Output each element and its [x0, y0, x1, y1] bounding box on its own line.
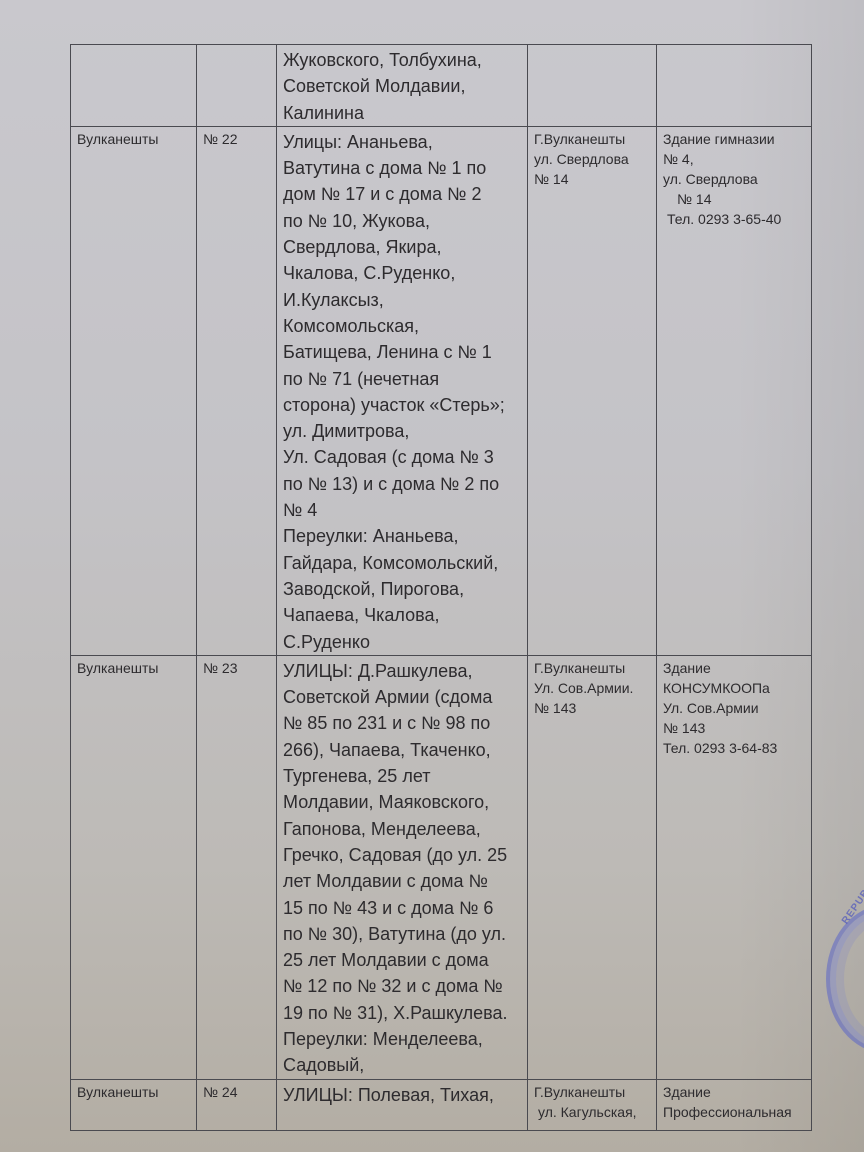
street-line: дом № 17 и с дома № 2	[283, 181, 521, 207]
station-number-cell	[197, 45, 277, 127]
location-cell: Г.Вулканештыул. Свердлова№ 14	[528, 126, 657, 655]
district-cell: Вулканешты	[71, 126, 197, 655]
building-line: Тел. 0293 3-65-40	[663, 209, 805, 229]
building-line: Здание	[663, 1082, 805, 1102]
district-cell: Вулканешты	[71, 1079, 197, 1130]
location-line: ул. Кагульская,	[534, 1102, 650, 1122]
district-cell: Вулканешты	[71, 655, 197, 1079]
district-name: Вулканешты	[77, 658, 190, 678]
station-number: № 22	[203, 129, 270, 149]
street-line: Садовый,	[283, 1052, 521, 1078]
streets-cell: Улицы: Ананьева,Ватутина с дома № 1 подо…	[277, 126, 528, 655]
station-number-cell: № 23	[197, 655, 277, 1079]
location-line: № 14	[534, 169, 650, 189]
location-line: Ул. Сов.Армии.	[534, 678, 650, 698]
street-line: по № 71 (нечетная	[283, 366, 521, 392]
street-line: по № 30), Ватутина (до ул.	[283, 921, 521, 947]
street-line: Жуковского, Толбухина,	[283, 47, 521, 73]
building-line: Тел. 0293 3-64-83	[663, 738, 805, 758]
building-cell: Здание гимназии№ 4,ул. Свердлова№ 14Тел.…	[657, 126, 812, 655]
street-line: Советской Армии (сдома	[283, 684, 521, 710]
location-line: № 143	[534, 698, 650, 718]
street-line: Советской Молдавии,	[283, 73, 521, 99]
street-line: Ватутина с дома № 1 по	[283, 155, 521, 181]
street-line: ул. Димитрова,	[283, 418, 521, 444]
street-line: Калинина	[283, 100, 521, 126]
street-line: Свердлова, Якира,	[283, 234, 521, 260]
building-line: Здание гимназии	[663, 129, 805, 149]
table-row: Вулканешты№ 24УЛИЦЫ: Полевая, Тихая,Г.Ву…	[71, 1079, 812, 1130]
streets-cell: УЛИЦЫ: Полевая, Тихая,	[277, 1079, 528, 1130]
location-line: ул. Свердлова	[534, 149, 650, 169]
street-line: Молдавии, Маяковского,	[283, 789, 521, 815]
building-line: № 4,	[663, 149, 805, 169]
building-line: Профессиональная	[663, 1102, 805, 1122]
table-row: Жуковского, Толбухина,Советской Молдавии…	[71, 45, 812, 127]
polling-stations-table: Жуковского, Толбухина,Советской Молдавии…	[70, 44, 812, 1131]
station-number: № 23	[203, 658, 270, 678]
building-cell	[657, 45, 812, 127]
location-cell: Г.ВулканештыУл. Сов.Армии.№ 143	[528, 655, 657, 1079]
streets-cell: УЛИЦЫ: Д.Рашкулева,Советской Армии (сдом…	[277, 655, 528, 1079]
street-line: сторона) участок «Стерь»;	[283, 392, 521, 418]
district-name: Вулканешты	[77, 1082, 190, 1102]
street-line: И.Кулаксыз,	[283, 287, 521, 313]
street-line: № 85 по 231 и с № 98 по	[283, 710, 521, 736]
streets-cell: Жуковского, Толбухина,Советской Молдавии…	[277, 45, 528, 127]
street-line: 19 по № 31), Х.Рашкулева.	[283, 1000, 521, 1026]
street-line: Заводской, Пирогова,	[283, 576, 521, 602]
table-row: Вулканешты№ 23УЛИЦЫ: Д.Рашкулева,Советск…	[71, 655, 812, 1079]
street-line: 25 лет Молдавии с дома	[283, 947, 521, 973]
street-line: Ул. Садовая (с дома № 3	[283, 444, 521, 470]
station-number-cell: № 22	[197, 126, 277, 655]
street-line: № 12 по № 32 и с дома №	[283, 973, 521, 999]
street-line: Чапаева, Чкалова,	[283, 602, 521, 628]
station-number: № 24	[203, 1082, 270, 1102]
building-line: КОНСУМКООПа	[663, 678, 805, 698]
location-cell: Г.Вулканештыул. Кагульская,	[528, 1079, 657, 1130]
street-line: Комсомольская,	[283, 313, 521, 339]
street-line: Батищева, Ленина с № 1	[283, 339, 521, 365]
street-line: УЛИЦЫ: Полевая, Тихая,	[283, 1082, 521, 1108]
street-line: Тургенева, 25 лет	[283, 763, 521, 789]
street-line: № 4	[283, 497, 521, 523]
street-line: Гайдара, Комсомольский,	[283, 550, 521, 576]
street-line: по № 13) и с дома № 2 по	[283, 471, 521, 497]
building-cell: ЗданиеКОНСУМКООПаУл. Сов.Армии№ 143Тел. …	[657, 655, 812, 1079]
street-line: Гапонова, Менделеева,	[283, 816, 521, 842]
street-line: лет Молдавии с дома №	[283, 868, 521, 894]
district-name: Вулканешты	[77, 129, 190, 149]
official-stamp	[826, 905, 864, 1053]
street-line: Переулки: Ананьева,	[283, 523, 521, 549]
location-line: Г.Вулканешты	[534, 1082, 650, 1102]
building-line: Ул. Сов.Армии	[663, 698, 805, 718]
street-line: 266), Чапаева, Ткаченко,	[283, 737, 521, 763]
location-line: Г.Вулканешты	[534, 658, 650, 678]
street-line: Чкалова, С.Руденко,	[283, 260, 521, 286]
street-line: Гречко, Садовая (до ул. 25	[283, 842, 521, 868]
building-line: ул. Свердлова	[663, 169, 805, 189]
location-line: Г.Вулканешты	[534, 129, 650, 149]
street-line: С.Руденко	[283, 629, 521, 655]
building-line: № 14	[663, 189, 805, 209]
street-line: Переулки: Менделеева,	[283, 1026, 521, 1052]
building-cell: ЗданиеПрофессиональная	[657, 1079, 812, 1130]
district-cell	[71, 45, 197, 127]
building-line: Здание	[663, 658, 805, 678]
street-line: УЛИЦЫ: Д.Рашкулева,	[283, 658, 521, 684]
street-line: 15 по № 43 и с дома № 6	[283, 895, 521, 921]
street-line: по № 10, Жукова,	[283, 208, 521, 234]
street-line: Улицы: Ананьева,	[283, 129, 521, 155]
table-row: Вулканешты№ 22Улицы: Ананьева,Ватутина с…	[71, 126, 812, 655]
station-number-cell: № 24	[197, 1079, 277, 1130]
location-cell	[528, 45, 657, 127]
building-line: № 143	[663, 718, 805, 738]
